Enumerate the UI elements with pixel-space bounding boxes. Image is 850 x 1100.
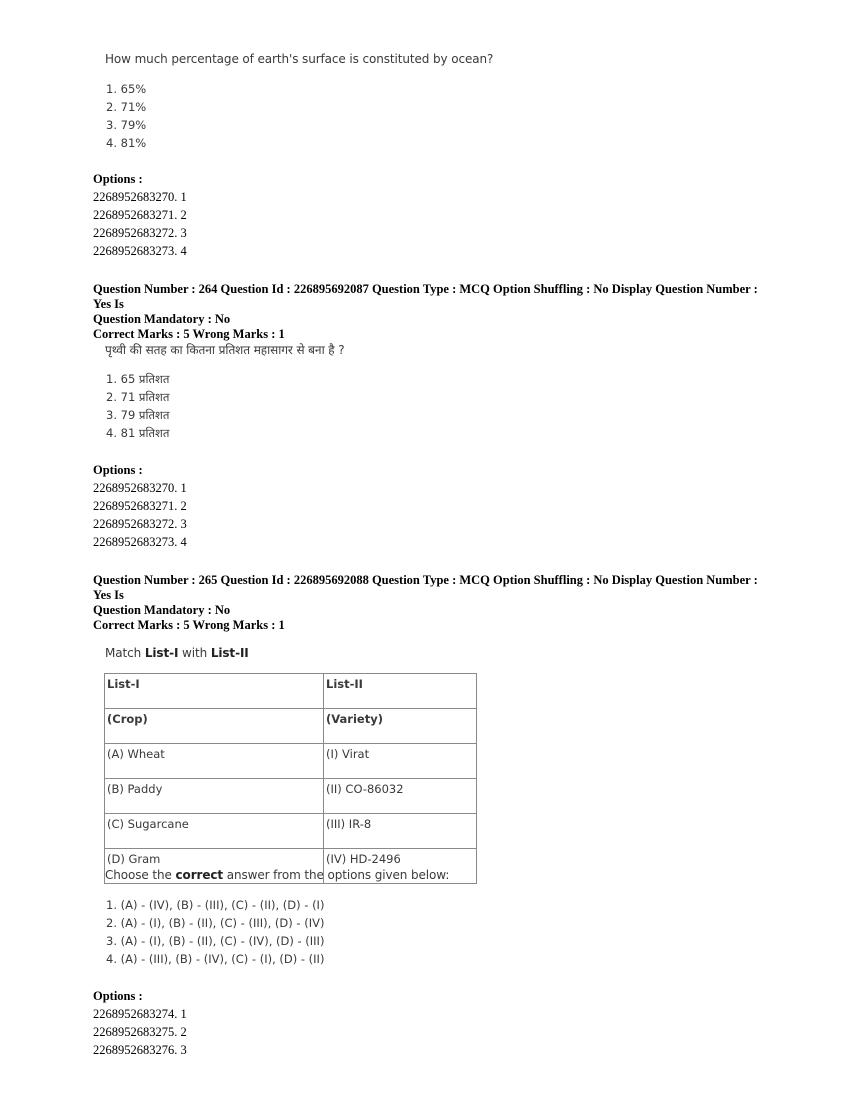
option-id: 2268952683274. 1 <box>93 1005 187 1023</box>
match-table: List-I List-II (Crop) (Variety) (A) Whea… <box>104 673 477 884</box>
table-cell: (B) Paddy <box>105 779 324 814</box>
table-cell: (A) Wheat <box>105 744 324 779</box>
answer-choice: 1. 65% <box>106 80 146 98</box>
options-list: Options : 2268952683274. 1 2268952683275… <box>93 987 187 1059</box>
answer-choices: 1. 65% 2. 71% 3. 79% 4. 81% <box>100 80 146 152</box>
table-subheader-row: (Crop) (Variety) <box>105 709 477 744</box>
instruction-text: Choose the correct answer from the optio… <box>105 868 449 882</box>
question-meta-line: Question Number : 265 Question Id : 2268… <box>93 573 773 603</box>
question-text: पृथ्वी की सतह का कितना प्रतिशत महासागर स… <box>105 341 345 358</box>
instruction-part: answer from the options given below: <box>223 868 449 882</box>
question-marks: Correct Marks : 5 Wrong Marks : 1 <box>93 327 773 342</box>
options-label: Options : <box>93 170 187 188</box>
option-id: 2268952683270. 1 <box>93 188 187 206</box>
option-id: 2268952683275. 2 <box>93 1023 187 1041</box>
answer-choice: 2. (A) - (I), (B) - (II), (C) - (III), (… <box>106 914 324 932</box>
table-header-cell: List-II <box>324 674 477 709</box>
option-id: 2268952683271. 2 <box>93 206 187 224</box>
answer-choice: 2. 71 प्रतिशत <box>106 388 169 406</box>
question-text: How much percentage of earth's surface i… <box>105 52 493 66</box>
answer-choice: 1. (A) - (IV), (B) - (III), (C) - (II), … <box>106 896 324 914</box>
answer-choice: 3. 79 प्रतिशत <box>106 406 169 424</box>
answer-choices: 1. (A) - (IV), (B) - (III), (C) - (II), … <box>100 896 324 968</box>
option-id: 2268952683273. 4 <box>93 533 187 551</box>
intro-bold: List-II <box>211 646 249 660</box>
table-cell: (I) Virat <box>324 744 477 779</box>
answer-choice: 1. 65 प्रतिशत <box>106 370 169 388</box>
table-header-row: List-I List-II <box>105 674 477 709</box>
option-id: 2268952683273. 4 <box>93 242 187 260</box>
intro-text: Match <box>105 646 145 660</box>
option-id: 2268952683276. 3 <box>93 1041 187 1059</box>
table-cell: (C) Sugarcane <box>105 814 324 849</box>
option-id: 2268952683272. 3 <box>93 224 187 242</box>
instruction-bold: correct <box>176 868 223 882</box>
options-label: Options : <box>93 461 187 479</box>
question-meta-line: Question Number : 264 Question Id : 2268… <box>93 282 773 312</box>
table-row: (A) Wheat (I) Virat <box>105 744 477 779</box>
intro-bold: List-I <box>145 646 178 660</box>
table-subheader-cell: (Variety) <box>324 709 477 744</box>
table-header-cell: List-I <box>105 674 324 709</box>
question-meta-line: Question Mandatory : No <box>93 603 773 618</box>
option-id: 2268952683271. 2 <box>93 497 187 515</box>
options-list: Options : 2268952683270. 1 2268952683271… <box>93 170 187 260</box>
question-text: Match List-I with List-II <box>105 646 249 660</box>
answer-choice: 4. 81% <box>106 134 146 152</box>
question-metadata: Question Number : 264 Question Id : 2268… <box>93 282 773 342</box>
table-cell: (II) CO-86032 <box>324 779 477 814</box>
question-meta-line: Question Mandatory : No <box>93 312 773 327</box>
answer-choice: 2. 71% <box>106 98 146 116</box>
option-id: 2268952683272. 3 <box>93 515 187 533</box>
table-cell: (III) IR-8 <box>324 814 477 849</box>
answer-choices: 1. 65 प्रतिशत 2. 71 प्रतिशत 3. 79 प्रतिश… <box>100 370 169 442</box>
options-label: Options : <box>93 987 187 1005</box>
question-marks: Correct Marks : 5 Wrong Marks : 1 <box>93 618 773 633</box>
answer-choice: 4. (A) - (III), (B) - (IV), (C) - (I), (… <box>106 950 324 968</box>
instruction-part: Choose the <box>105 868 176 882</box>
answer-choice: 3. (A) - (I), (B) - (II), (C) - (IV), (D… <box>106 932 324 950</box>
table-subheader-cell: (Crop) <box>105 709 324 744</box>
question-metadata: Question Number : 265 Question Id : 2268… <box>93 573 773 633</box>
intro-text: with <box>178 646 211 660</box>
answer-choice: 3. 79% <box>106 116 146 134</box>
answer-choice: 4. 81 प्रतिशत <box>106 424 169 442</box>
option-id: 2268952683270. 1 <box>93 479 187 497</box>
table-row: (C) Sugarcane (III) IR-8 <box>105 814 477 849</box>
table-row: (B) Paddy (II) CO-86032 <box>105 779 477 814</box>
options-list: Options : 2268952683270. 1 2268952683271… <box>93 461 187 551</box>
